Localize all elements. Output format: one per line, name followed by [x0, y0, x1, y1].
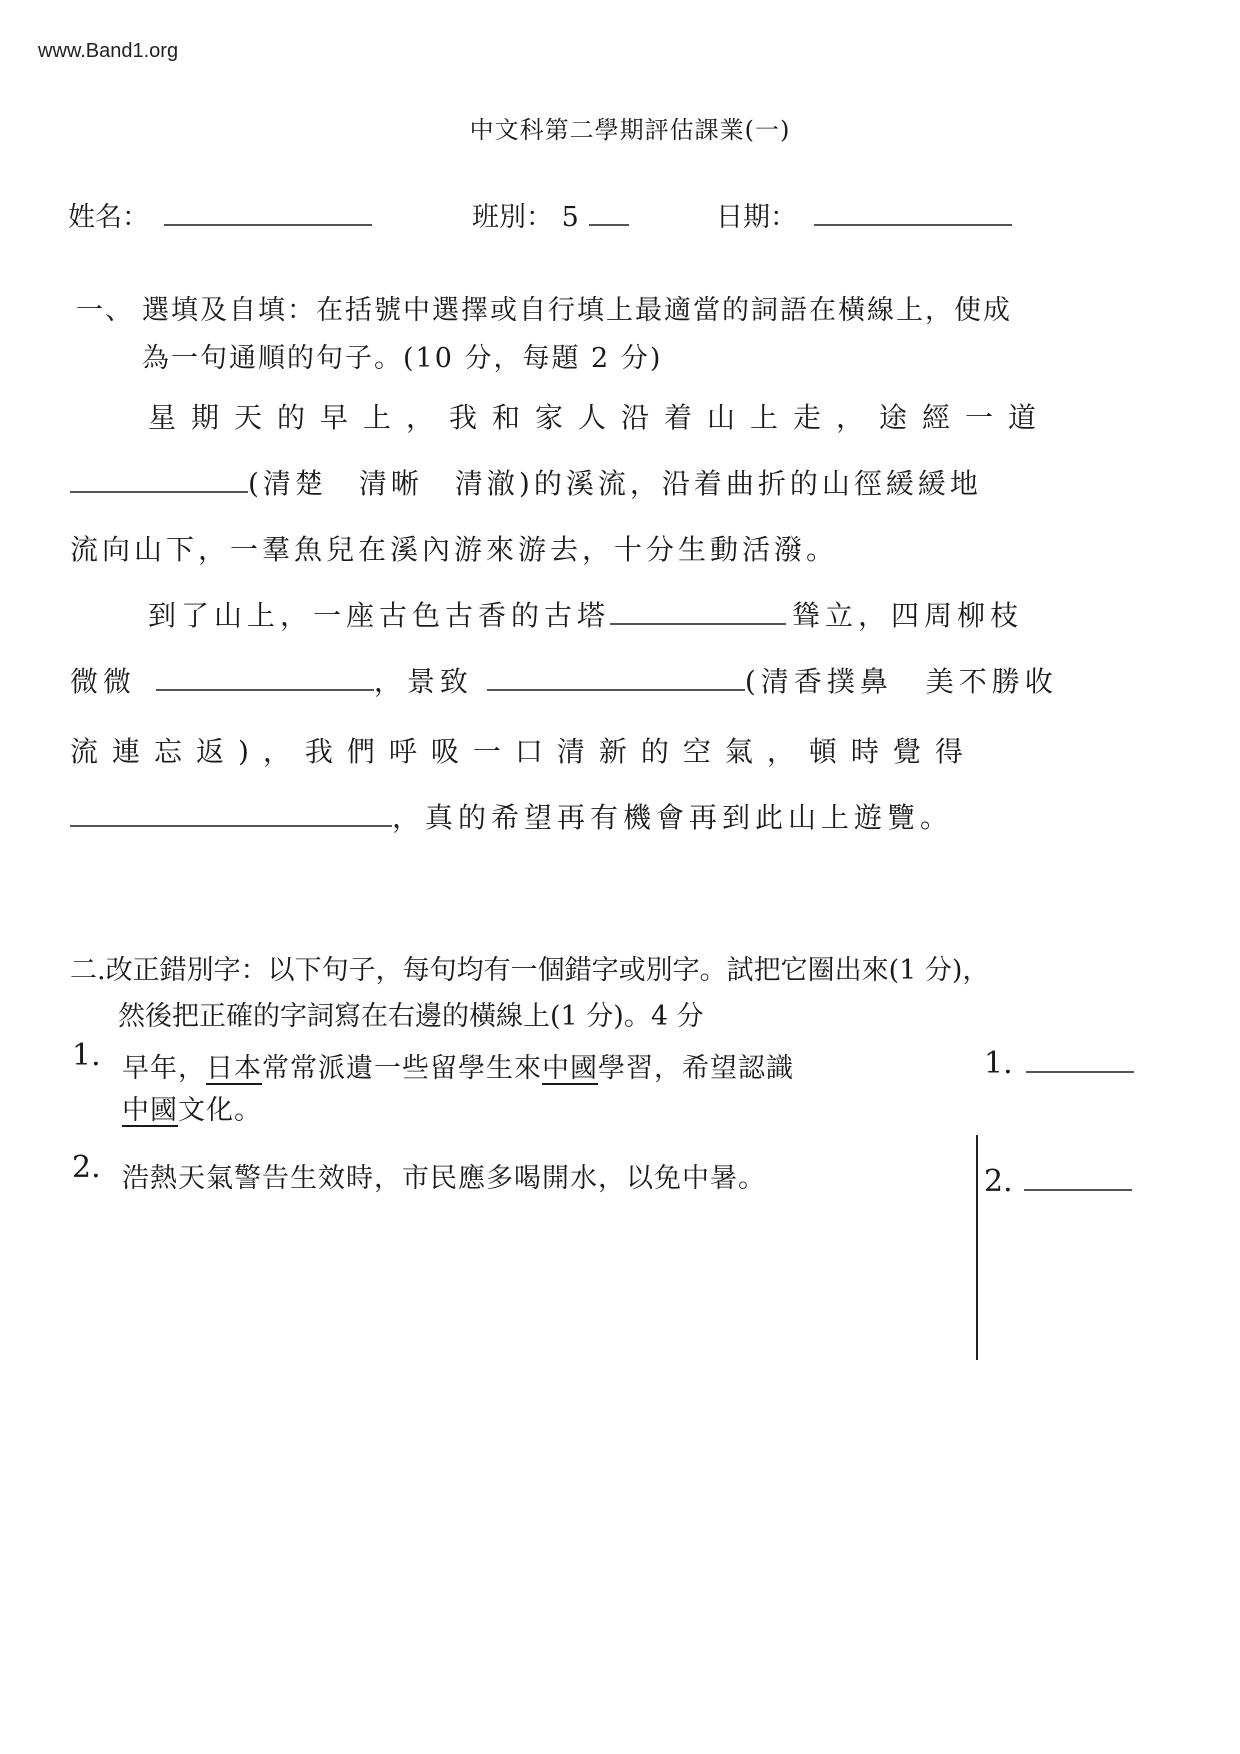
- passage-line-6: 流連忘返)，我們呼吸一口清新的空氣，頓時覺得: [70, 730, 977, 770]
- class-value: 5: [562, 202, 579, 233]
- fill-blank-4[interactable]: [487, 688, 745, 691]
- item-1-line-2: 中國文化。: [122, 1088, 262, 1127]
- item-1-text: 文化。: [178, 1095, 262, 1126]
- class-label: 班別：: [472, 195, 553, 234]
- section1-heading: 選填及自填：在括號中選擇或自行填上最適當的詞語在橫線上，使成: [142, 288, 1012, 327]
- answer-2-blank[interactable]: [1024, 1188, 1132, 1191]
- fill-blank-1[interactable]: [70, 490, 248, 493]
- class-blank[interactable]: [589, 223, 629, 226]
- answer-1-label: 1.: [984, 1046, 1013, 1081]
- passage-line-5: 微微 ，景致 (清香撲鼻 美不勝收: [70, 660, 1058, 700]
- passage-line-4: 到了山上，一座古色古香的古塔聳立，四周柳枝: [148, 594, 1023, 634]
- answer-1: 1.: [984, 1046, 1134, 1081]
- fill-blank-3[interactable]: [156, 688, 374, 691]
- item-1-underlined-word: 中國: [542, 1053, 598, 1084]
- name-blank[interactable]: [164, 223, 372, 226]
- line4-text-before: 到了山上，一座古色古香的古塔: [148, 599, 610, 632]
- item-2-number: 2.: [72, 1150, 101, 1185]
- item-1-line-1: 早年，日本常常派遺一些留學生來中國學習，希望認識: [122, 1046, 794, 1085]
- answer-2: 2.: [984, 1164, 1132, 1199]
- fill-blank-2[interactable]: [610, 622, 786, 625]
- fill-blank-5[interactable]: [70, 824, 392, 827]
- item-1-underlined-word: 中國: [122, 1095, 178, 1126]
- passage-line-7: ，真的希望再有機會再到此山上遊覽。: [70, 796, 953, 836]
- date-field-group: 日期：: [716, 195, 1012, 234]
- item-1-text: 常常派遺一些留學生來: [262, 1053, 542, 1084]
- line7-text: ，真的希望再有機會再到此山上遊覽。: [392, 801, 953, 834]
- section2-heading: 二.改正錯別字：以下句子，每句均有一個錯字或別字。試把它圈出來(1 分)，: [70, 948, 989, 987]
- section2-heading-cont: 然後把正確的字詞寫在右邊的橫線上(1 分)。4 分: [118, 994, 704, 1033]
- passage-line-3: 流向山下，一羣魚兒在溪內游來游去，十分生動活潑。: [70, 528, 838, 568]
- item-1-text: 早年，: [122, 1053, 206, 1084]
- class-field-group: 班別： 5: [472, 195, 629, 234]
- item-1-underlined-word: 日本: [206, 1053, 262, 1084]
- section1-heading-cont: 為一句通順的句子。(10 分，每題 2 分): [142, 336, 662, 375]
- watermark: www.Band1.org: [38, 40, 178, 63]
- item-2-text: 浩熱天氣警告生效時，市民應多喝開水，以免中暑。: [122, 1156, 766, 1195]
- date-blank[interactable]: [814, 223, 1012, 226]
- passage-line-1: 星期天的早上，我和家人沿着山上走，途經一道: [148, 396, 1051, 436]
- page-title: 中文科第二學期評估課業(一): [0, 110, 1240, 145]
- answer-2-label: 2.: [984, 1164, 1013, 1199]
- line4-text-after: 聳立，四周柳枝: [792, 599, 1023, 632]
- item-1-text: 學習，希望認識: [598, 1053, 794, 1084]
- date-label: 日期：: [716, 195, 797, 234]
- name-label: 姓名：: [68, 195, 149, 234]
- line5-text-a: 微微: [70, 665, 136, 698]
- answer-1-blank[interactable]: [1026, 1070, 1134, 1073]
- options-clear: (清楚 清晰 清澈)的溪流，沿着曲折的山徑緩緩地: [248, 467, 982, 500]
- section1-number: 一、: [76, 288, 134, 327]
- passage-line-2: (清楚 清晰 清澈)的溪流，沿着曲折的山徑緩緩地: [70, 462, 982, 502]
- options-scenery: (清香撲鼻 美不勝收: [745, 665, 1058, 698]
- answer-divider: [976, 1135, 978, 1360]
- line5-text-b: ，景致: [374, 665, 473, 698]
- item-1-number: 1.: [72, 1038, 101, 1073]
- name-field-group: 姓名：: [68, 195, 372, 234]
